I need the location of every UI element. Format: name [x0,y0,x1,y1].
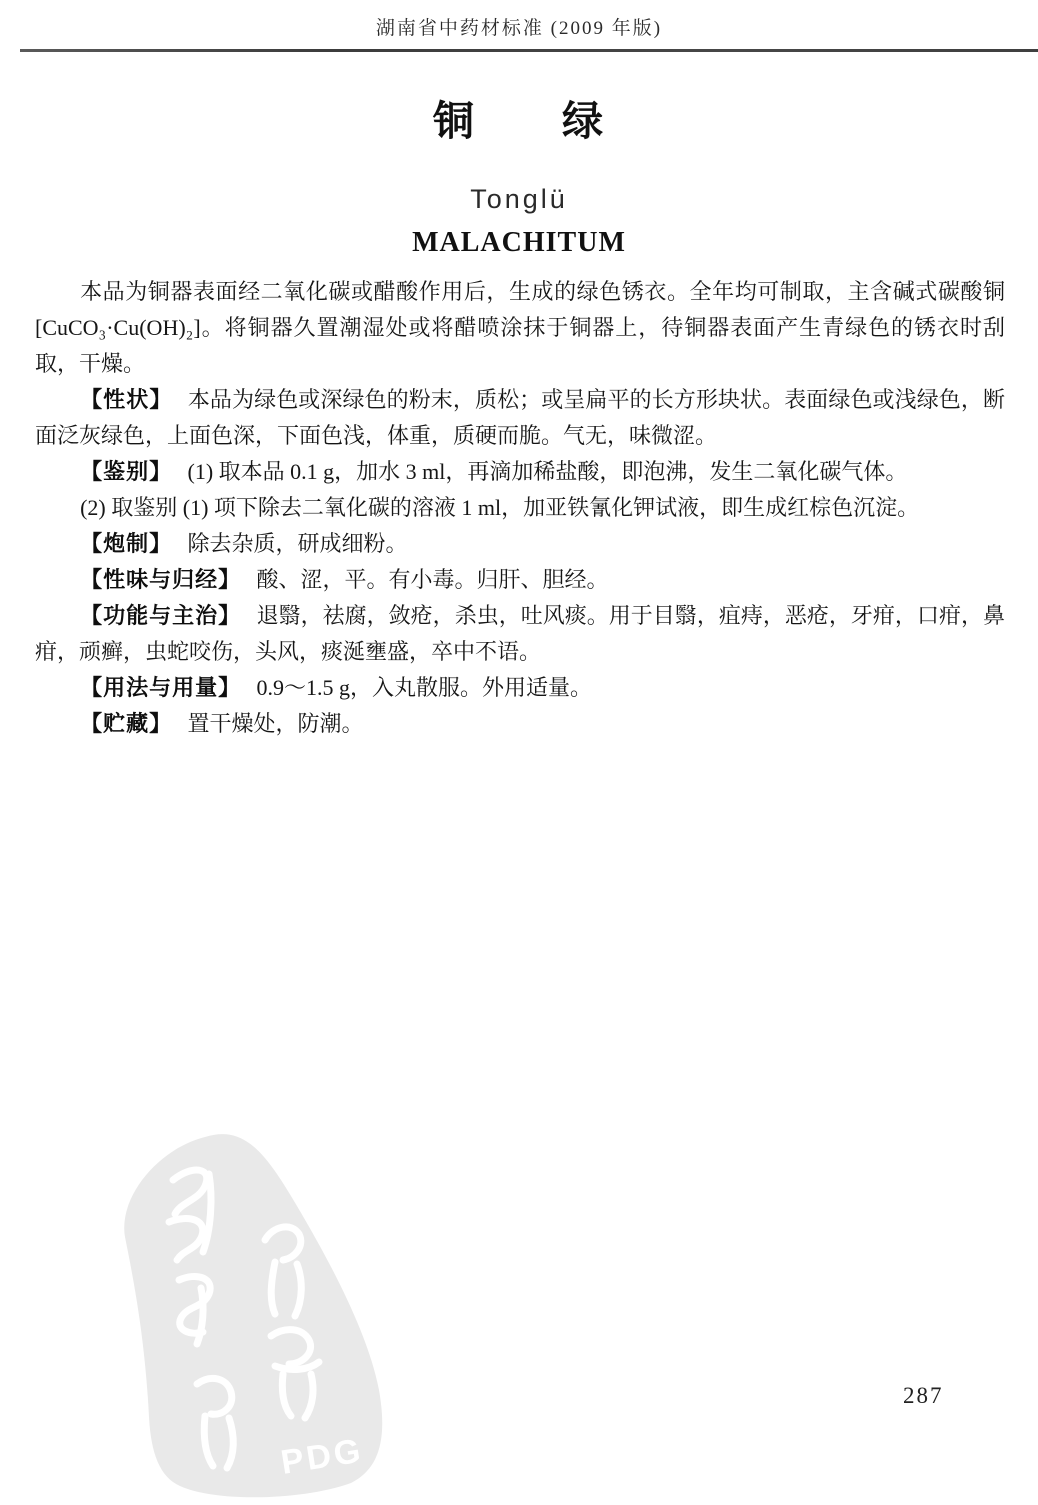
section-label: 【功能与主治】 [80,603,241,628]
section-text: 0.9～1.5 g，入丸散服。外用适量。 [257,675,593,700]
paragraph-flavor-meridian: 【性味与归经】酸、涩，平。有小毒。归肝、胆经。 [35,562,1005,598]
section-label: 【性状】 [80,387,172,412]
section-text: 酸、涩，平。有小毒。归肝、胆经。 [257,567,609,592]
section-text: (1) 取本品 0.1 g，加水 3 ml，再滴加稀盐酸，即泡沸，发生二氧化碳气… [188,459,908,484]
paragraph-storage: 【贮藏】置干燥处，防潮。 [35,706,1005,742]
watermark-pdg-text: PDG [278,1431,366,1481]
section-label: 【贮藏】 [80,711,172,736]
section-text: (2) 取鉴别 (1) 项下除去二氧化碳的溶液 1 ml，加亚铁氰化钾试液，即生… [80,495,919,520]
scanned-document-page: 湖南省中药材标准 (2009 年版) 铜 绿 Tonglü MALACHITUM… [0,0,1038,1505]
paragraph-properties: 【性状】本品为绿色或深绿色的粉末，质松；或呈扁平的长方形块状。表面绿色或浅绿色，… [35,382,1005,454]
drug-title-chinese: 铜 绿 [0,98,1038,144]
seal-stone-shape [124,1134,382,1497]
section-text: 本品为铜器表面经二氧化碳或醋酸作用后，生成的绿色锈衣。全年均可制取，主含碱式碳酸… [35,279,1005,376]
section-text: 除去杂质，研成细粉。 [188,531,408,556]
page-number: 287 [903,1383,944,1409]
paragraph-processing: 【炮制】除去杂质，研成细粉。 [35,526,1005,562]
section-text: 置干燥处，防潮。 [188,711,364,736]
section-label: 【性味与归经】 [80,567,241,592]
monograph-body: 本品为铜器表面经二氧化碳或醋酸作用后，生成的绿色锈衣。全年均可制取，主含碱式碳酸… [0,274,1038,742]
section-label: 【鉴别】 [80,459,172,484]
drug-title-pinyin: Tonglü [0,184,1038,214]
drug-title-latin: MALACHITUM [0,228,1038,258]
paragraph-functions-indications: 【功能与主治】退翳，祛腐，敛疮，杀虫，吐风痰。用于目翳，疽痔，恶疮，牙疳，口疳，… [35,598,1005,670]
section-label: 【用法与用量】 [80,675,241,700]
pdg-seal-watermark-icon: PDG [105,1122,405,1505]
running-header: 湖南省中药材标准 (2009 年版) [0,0,1038,40]
section-text: 本品为绿色或深绿色的粉末，质松；或呈扁平的长方形块状。表面绿色或浅绿色，断面泛灰… [35,387,1005,448]
paragraph-dosage: 【用法与用量】0.9～1.5 g，入丸散服。外用适量。 [35,670,1005,706]
paragraph-source: 本品为铜器表面经二氧化碳或醋酸作用后，生成的绿色锈衣。全年均可制取，主含碱式碳酸… [35,274,1005,382]
header-rule [20,49,1038,52]
paragraph-identification-2: (2) 取鉴别 (1) 项下除去二氧化碳的溶液 1 ml，加亚铁氰化钾试液，即生… [35,490,1005,526]
paragraph-identification-1: 【鉴别】(1) 取本品 0.1 g，加水 3 ml，再滴加稀盐酸，即泡沸，发生二… [35,454,1005,490]
seal-script-glyphs [169,1170,319,1468]
section-label: 【炮制】 [80,531,172,556]
